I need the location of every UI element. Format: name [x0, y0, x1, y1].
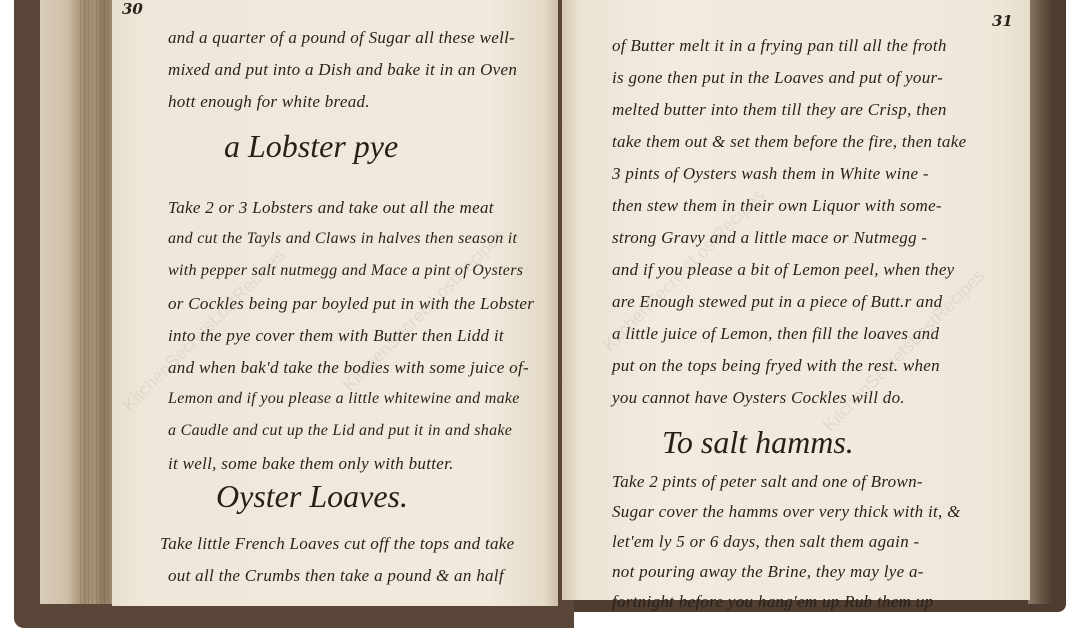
left-page: 30 and a quarter of a pound of Sugar all… [112, 0, 558, 606]
text-line: a Caudle and cut up the Lid and put it i… [168, 422, 512, 440]
text-line: and if you please a bit of Lemon peel, w… [612, 260, 955, 280]
text-line: Take 2 or 3 Lobsters and take out all th… [168, 198, 494, 218]
text-line: not pouring away the Brine, they may lye… [612, 562, 924, 582]
text-line: of Butter melt it in a frying pan till a… [612, 36, 947, 56]
text-line: strong Gravy and a little mace or Nutmeg… [612, 228, 927, 248]
text-line: Sugar cover the hamms over very thick wi… [612, 502, 961, 522]
text-line: Take 2 pints of peter salt and one of Br… [612, 472, 923, 492]
page-number-left: 30 [122, 0, 143, 18]
right-page: 31 of Butter melt it in a frying pan til… [562, 0, 1030, 600]
open-manuscript-book: 30 and a quarter of a pound of Sugar all… [14, 0, 1064, 630]
text-line: or Cockles being par boyled put in with … [168, 294, 534, 314]
text-line: melted butter into them till they are Cr… [612, 100, 947, 120]
text-line: are Enough stewed put in a piece of Butt… [612, 292, 942, 312]
recipe-title-lobster-pye: a Lobster pye [224, 128, 398, 165]
text-line: 3 pints of Oysters wash them in White wi… [612, 164, 929, 184]
text-line: you cannot have Oysters Cockles will do. [612, 388, 905, 408]
text-line: mixed and put into a Dish and bake it in… [168, 60, 517, 80]
text-line: Lemon and if you please a little whitewi… [168, 390, 520, 408]
text-line: it well, some bake them only with butter… [168, 454, 454, 474]
text-line: and when bak'd take the bodies with some… [168, 358, 529, 378]
text-line: let'em ly 5 or 6 days, then salt them ag… [612, 532, 920, 552]
text-line: and a quarter of a pound of Sugar all th… [168, 28, 515, 48]
text-line: fortnight before you hang'em up Rub them… [612, 592, 933, 612]
text-line: with pepper salt nutmegg and Mace a pint… [168, 262, 523, 280]
text-line: out all the Crumbs then take a pound & a… [168, 566, 504, 586]
recipe-title-salt-hamms: To salt hamms. [662, 424, 854, 461]
text-line: take them out & set them before the fire… [612, 132, 966, 152]
text-line: into the pye cover them with Butter then… [168, 326, 504, 346]
text-line: Take little French Loaves cut off the to… [160, 534, 514, 554]
text-line: put on the tops being fryed with the res… [612, 356, 940, 376]
recipe-title-oyster-loaves: Oyster Loaves. [216, 478, 408, 515]
text-line: then stew them in their own Liquor with … [612, 196, 942, 216]
text-line: hott enough for white bread. [168, 92, 370, 112]
text-line: is gone then put in the Loaves and put o… [612, 68, 943, 88]
page-edges-right [1028, 0, 1054, 604]
text-line: a little juice of Lemon, then fill the l… [612, 324, 939, 344]
text-line: and cut the Tayls and Claws in halves th… [168, 230, 517, 248]
page-number-right: 31 [992, 12, 1013, 30]
